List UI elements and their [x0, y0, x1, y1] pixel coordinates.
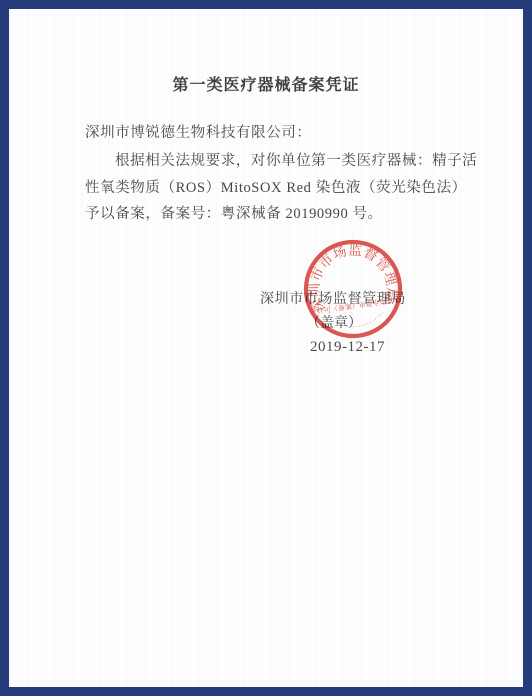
seal-note: （盖章）	[306, 312, 362, 332]
body-line-2: 性氧类物质（ROS）MitoSOX Red 染色液（荧光染色法）	[85, 176, 475, 197]
certificate-page: 第一类医疗器械备案凭证 深圳市博锐德生物科技有限公司： 根据相关法规要求，对你单…	[0, 0, 532, 696]
recipient-line: 深圳市博锐德生物科技有限公司：	[85, 121, 475, 142]
certificate-title: 第一类医疗器械备案凭证	[9, 72, 523, 95]
issue-date: 2019-12-17	[310, 339, 385, 356]
issuer-name: 深圳市市场监督管理局	[260, 288, 406, 308]
body-line-1: 根据相关法规要求，对你单位第一类医疗器械：精子活	[85, 149, 505, 170]
body-line-3: 予以备案，备案号：粤深械备 20190990 号。	[85, 202, 475, 223]
